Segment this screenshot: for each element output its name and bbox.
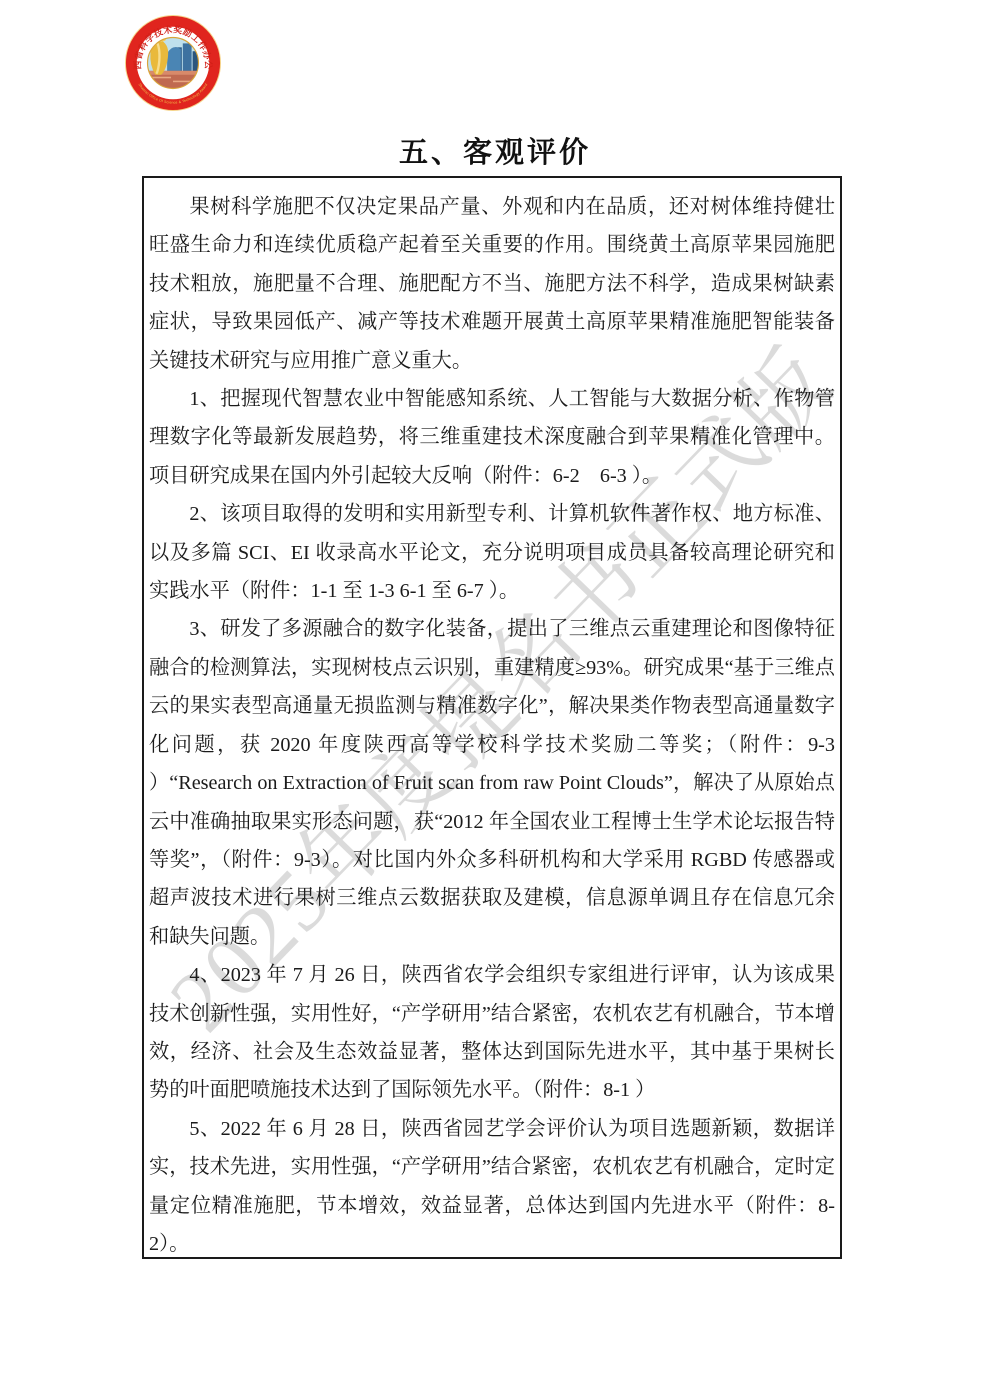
seal-icon: 陕西省科学技术奖励工作办公室 Shaanxi Office Of Science… (124, 14, 222, 112)
section-title: 五、客观评价 (0, 130, 990, 171)
paragraph: 2、该项目取得的发明和实用新型专利、计算机软件著作权、地方标准、以及多篇 SCI… (149, 495, 835, 610)
paragraph: 果树科学施肥不仅决定果品产量、外观和内在品质，还对树体维持健壮旺盛生命力和连续优… (149, 188, 835, 380)
document-page: 2025年度提名书正式版 (0, 0, 990, 1399)
paragraph: 1、把握现代智慧农业中智能感知系统、人工智能与大数据分析、作物管理数字化等最新发… (149, 380, 835, 495)
paragraph: 5、2022 年 6 月 28 日，陕西省园艺学会评价认为项目选题新颖，数据详实… (149, 1110, 835, 1264)
paragraph: 3、研发了多源融合的数字化装备，提出了三维点云重建理论和图像特征融合的检测算法，… (149, 610, 835, 956)
office-seal-logo: 陕西省科学技术奖励工作办公室 Shaanxi Office Of Science… (124, 14, 222, 112)
document-body: 果树科学施肥不仅决定果品产量、外观和内在品质，还对树体维持健壮旺盛生命力和连续优… (149, 188, 835, 1263)
evaluation-content-box: 果树科学施肥不仅决定果品产量、外观和内在品质，还对树体维持健壮旺盛生命力和连续优… (142, 176, 842, 1259)
paragraph: 4、2023 年 7 月 26 日，陕西省农学会组织专家组进行评审，认为该成果技… (149, 956, 835, 1110)
